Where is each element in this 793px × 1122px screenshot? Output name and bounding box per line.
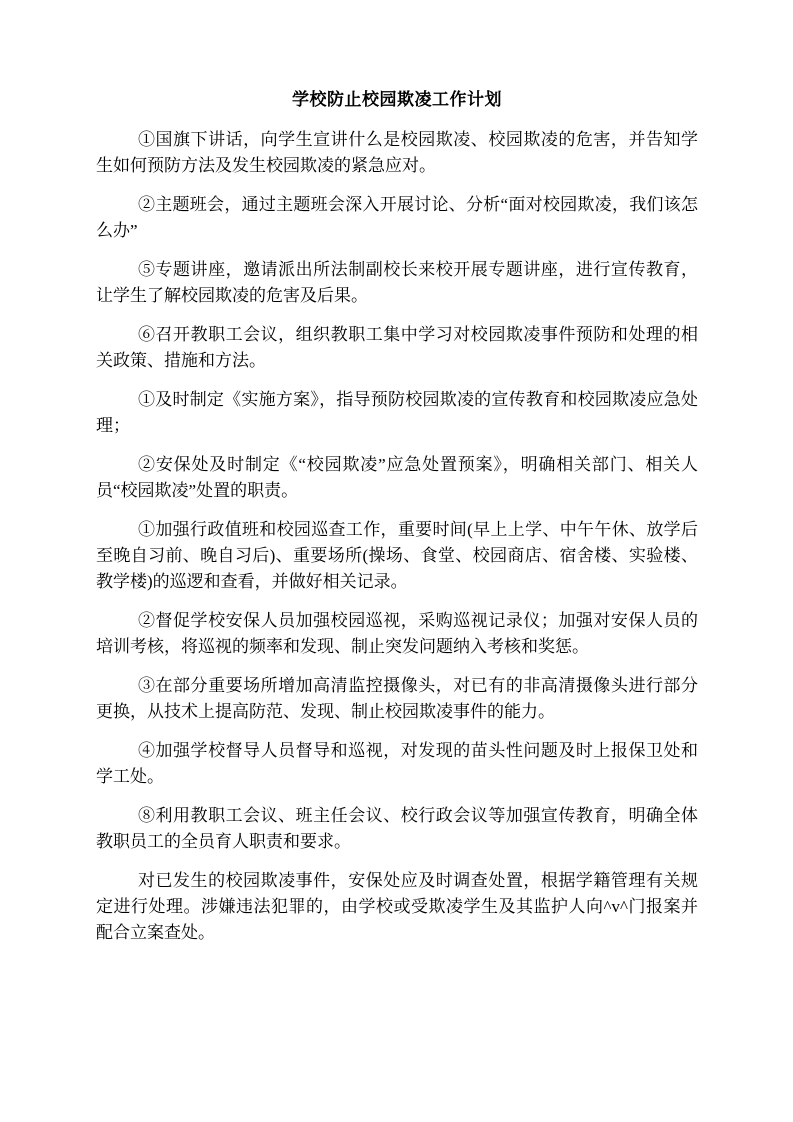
paragraph-10: ④加强学校督导人员督导和巡视，对发现的苗头性问题及时上报保卫处和学工处。 <box>96 738 698 790</box>
paragraph-1: ①国旗下讲话，向学生宣讲什么是校园欺凌、校园欺凌的危害，并告知学生如何预防方法及… <box>96 127 698 179</box>
paragraph-5: ①及时制定《实施方案》，指导预防校园欺凌的宣传教育和校园欺凌应急处理； <box>96 387 698 439</box>
paragraph-9: ③在部分重要场所增加高清监控摄像头，对已有的非高清摄像头进行部分更换，从技术上提… <box>96 673 698 725</box>
paragraph-2: ②主题班会，通过主题班会深入开展讨论、分析“面对校园欺凌，我们该怎么办” <box>96 192 698 244</box>
paragraph-11: ⑧利用教职工会议、班主任会议、校行政会议等加强宣传教育，明确全体教职员工的全员育… <box>96 803 698 855</box>
paragraph-4: ⑥召开教职工会议，组织教职工集中学习对校园欺凌事件预防和处理的相关政策、措施和方… <box>96 322 698 374</box>
paragraph-6: ②安保处及时制定《“校园欺凌”应急处置预案》，明确相关部门、相关人员“校园欺凌”… <box>96 452 698 504</box>
paragraph-7: ①加强行政值班和校园巡查工作，重要时间(早上上学、中午午休、放学后至晚自习前、晚… <box>96 517 698 595</box>
document-title: 学校防止校园欺凌工作计划 <box>96 86 698 113</box>
paragraph-8: ②督促学校安保人员加强校园巡视，采购巡视记录仪；加强对安保人员的培训考核，将巡视… <box>96 608 698 660</box>
document-page: 学校防止校园欺凌工作计划 ①国旗下讲话，向学生宣讲什么是校园欺凌、校园欺凌的危害… <box>0 0 793 1122</box>
paragraph-12: 对已发生的校园欺凌事件，安保处应及时调查处置，根据学籍管理有关规定进行处理。涉嫌… <box>96 868 698 946</box>
paragraph-3: ⑤专题讲座，邀请派出所法制副校长来校开展专题讲座，进行宣传教育，让学生了解校园欺… <box>96 257 698 309</box>
